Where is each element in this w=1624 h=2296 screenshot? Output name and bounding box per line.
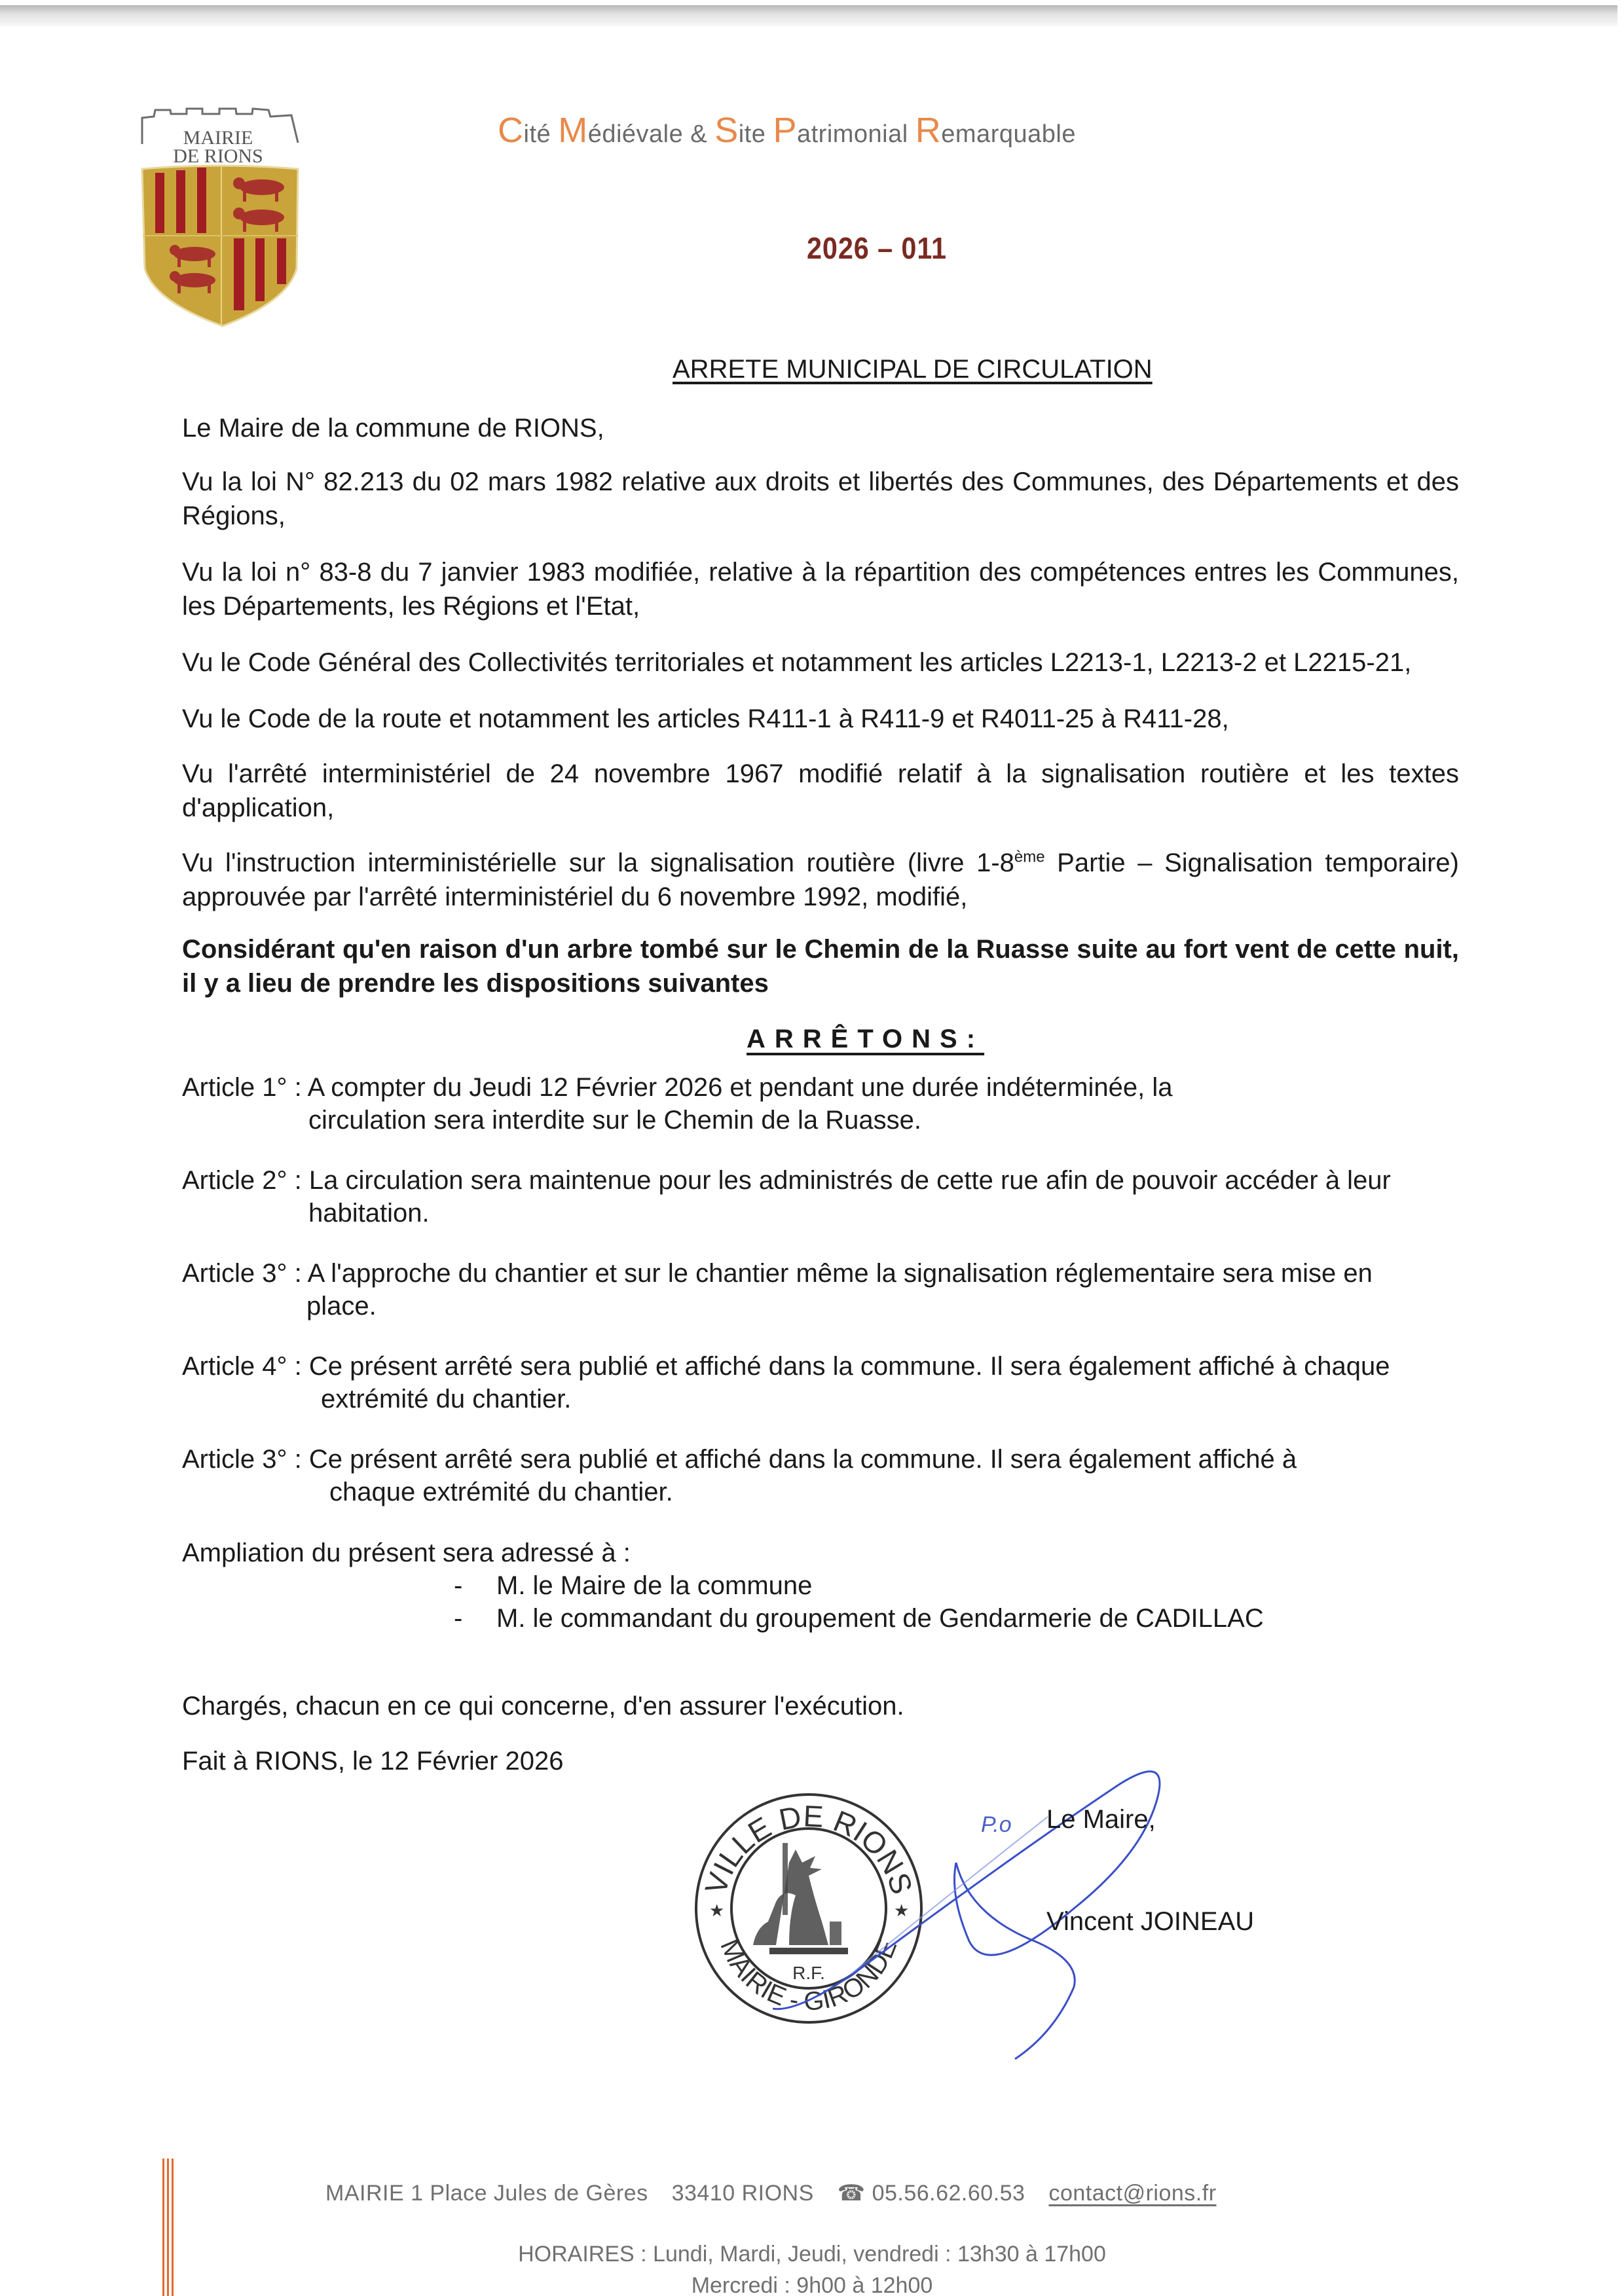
document-number: 2026 – 011	[807, 230, 947, 266]
tagline-word: emarquable	[941, 120, 1076, 148]
article-5: Article 3° : Ce présent arrêté sera publ…	[182, 1443, 1459, 1508]
ampliation-intro: Ampliation du présent sera adressé à :	[182, 1536, 1459, 1570]
star-icon: ★	[709, 1901, 724, 1920]
article-line1: Ce présent arrêté sera publié et affiché…	[309, 1445, 1297, 1474]
article-line2: extrémité du chantier.	[182, 1383, 1459, 1415]
list-dash: -	[454, 1601, 462, 1635]
charges-line: Chargés, chacun en ce qui concerne, d'en…	[182, 1689, 1459, 1723]
article-label: Article 3° :	[182, 1259, 302, 1288]
article-line2: circulation sera interdite sur le Chemin…	[182, 1104, 1459, 1137]
preamble-intro: Le Maire de la commune de RIONS,	[182, 411, 1459, 445]
tagline-word: édiévale &	[588, 120, 715, 148]
article-line1: La circulation sera maintenue pour les a…	[309, 1166, 1391, 1195]
po-annotation: P.o	[981, 1812, 1012, 1838]
footer-address: MAIRIE 1 Place Jules de Gères	[325, 2181, 648, 2206]
footer-email-link[interactable]: contact@rions.fr	[1048, 2181, 1216, 2206]
recipient-text: M. le Maire de la commune	[496, 1569, 812, 1603]
vu-paragraph-1: Vu la loi N° 82.213 du 02 mars 1982 rela…	[182, 465, 1459, 533]
tagline-capital: M	[558, 111, 587, 150]
article-1: Article 1° : A compter du Jeudi 12 Févri…	[182, 1071, 1459, 1137]
article-label: Article 1° :	[182, 1073, 302, 1102]
instruction-pre: Vu l'instruction interministérielle sur …	[182, 848, 1014, 877]
article-label: Article 3° :	[182, 1445, 302, 1474]
vu-paragraph-3: Vu le Code Général des Collectivités ter…	[182, 646, 1459, 680]
coat-of-arms-logo: MAIRIE DE RIONS	[134, 105, 311, 327]
footer-postal: 33410 RIONS	[672, 2181, 814, 2206]
footer-phone: 05.56.62.60.53	[872, 2181, 1025, 2206]
article-label: Article 2° :	[182, 1166, 302, 1195]
footer-hours-line1: HORAIRES : Lundi, Mardi, Jeudi, vendredi…	[0, 2242, 1624, 2267]
tagline-capital: R	[915, 111, 942, 150]
signatory-name: Vincent JOINEAU	[1046, 1907, 1254, 1937]
article-line2: chaque extrémité du chantier.	[182, 1476, 1459, 1508]
article-line2: place.	[182, 1290, 1459, 1322]
signatory-role: Le Maire,	[1046, 1805, 1156, 1834]
recipient-text: M. le commandant du groupement de Gendar…	[496, 1601, 1264, 1635]
vu-paragraph-4: Vu le Code de la route et notamment les …	[182, 702, 1459, 736]
article-line2: habitation.	[182, 1197, 1459, 1230]
footer-hours-text: HORAIRES : Lundi, Mardi, Jeudi, vendredi…	[518, 2242, 1106, 2267]
vu-paragraph-instruction: Vu l'instruction interministérielle sur …	[182, 846, 1459, 914]
article-2: Article 2° : La circulation sera mainten…	[182, 1164, 1459, 1230]
article-3: Article 3° : A l'approche du chantier et…	[182, 1257, 1459, 1322]
document-title: ARRETE MUNICIPAL DE CIRCULATION	[673, 355, 1153, 384]
logo-text-2: DE RIONS	[173, 145, 263, 167]
phone-icon: ☎	[838, 2181, 866, 2206]
tagline-capital: P	[773, 111, 797, 150]
vu-paragraph-2: Vu la loi n° 83-8 du 7 janvier 1983 modi…	[182, 555, 1459, 623]
footer-hours-line2: Mercredi : 9h00 à 12h00	[0, 2273, 1624, 2296]
tagline-word: atrimonial	[797, 120, 915, 148]
article-line1: A l'approche du chantier et sur le chant…	[308, 1259, 1373, 1288]
scan-edge-shadow	[0, 5, 1617, 26]
footer-contact-line: MAIRIE 1 Place Jules de Gères33410 RIONS…	[325, 2180, 1217, 2206]
list-dash: -	[454, 1569, 462, 1603]
tagline: Cité Médiévale & Site Patrimonial Remarq…	[498, 113, 1076, 149]
tagline-capital: C	[498, 111, 524, 150]
vu-paragraph-5: Vu l'arrêté interministériel de 24 novem…	[182, 757, 1459, 825]
footer-hours-text-2: Mercredi : 9h00 à 12h00	[692, 2273, 933, 2296]
article-4: Article 4° : Ce présent arrêté sera publ…	[182, 1350, 1459, 1415]
tagline-word: ite	[739, 120, 773, 148]
arretons-heading: ARRÊTONS:	[747, 1025, 984, 1054]
tagline-capital: S	[714, 111, 739, 150]
instruction-sup: ème	[1014, 848, 1045, 866]
tagline-word: ité	[524, 120, 559, 148]
considerant-paragraph: Considérant qu'en raison d'un arbre tomb…	[182, 932, 1459, 1000]
article-label: Article 4° :	[182, 1352, 302, 1381]
article-line1: A compter du Jeudi 12 Février 2026 et pe…	[308, 1073, 1173, 1102]
article-line1: Ce présent arrêté sera publié et affiché…	[309, 1352, 1390, 1381]
